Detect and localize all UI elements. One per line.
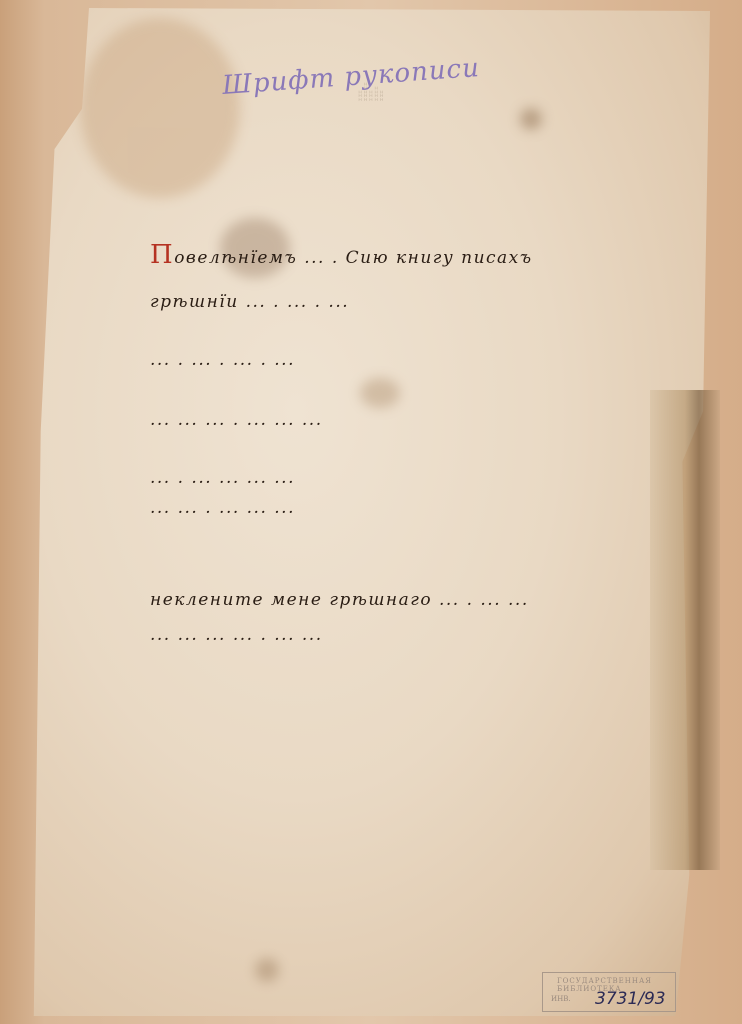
text-line-3: ... . ... . ... . ... (150, 350, 295, 370)
text-line-5: ... . ... ... ... ... (150, 468, 295, 488)
text-line-7: неклените мене грѣшнаго ... . ... ... (150, 590, 529, 610)
inventory-number: 3731/93 (595, 989, 666, 1009)
text-line-2: грѣшнїи ... . ... . ... (150, 292, 349, 312)
text-line-8: ... ... ... ... . ... ... (150, 625, 323, 645)
binding-edge (650, 390, 720, 870)
rubric-initial: П (150, 240, 174, 270)
manuscript-page (20, 8, 710, 1016)
text-line-1: Повелѣнїемъ ... . Сию книгу писахъ (150, 240, 533, 270)
library-stamp: ГОСУДАРСТВЕННАЯ БИБЛИОТЕКА ИНВ. 3731/93 (542, 972, 676, 1012)
text-line-6: ... ... . ... ... ... (150, 498, 295, 518)
bleed-through-text: ⷩⷩⷩ ⷩⷩⷩⷩⷩ ⷩⷩⷩ ⷩⷩⷩⷩ ⷩⷩⷩ (360, 95, 384, 113)
text-line-4: ... ... ... . ... ... ... (150, 410, 323, 430)
